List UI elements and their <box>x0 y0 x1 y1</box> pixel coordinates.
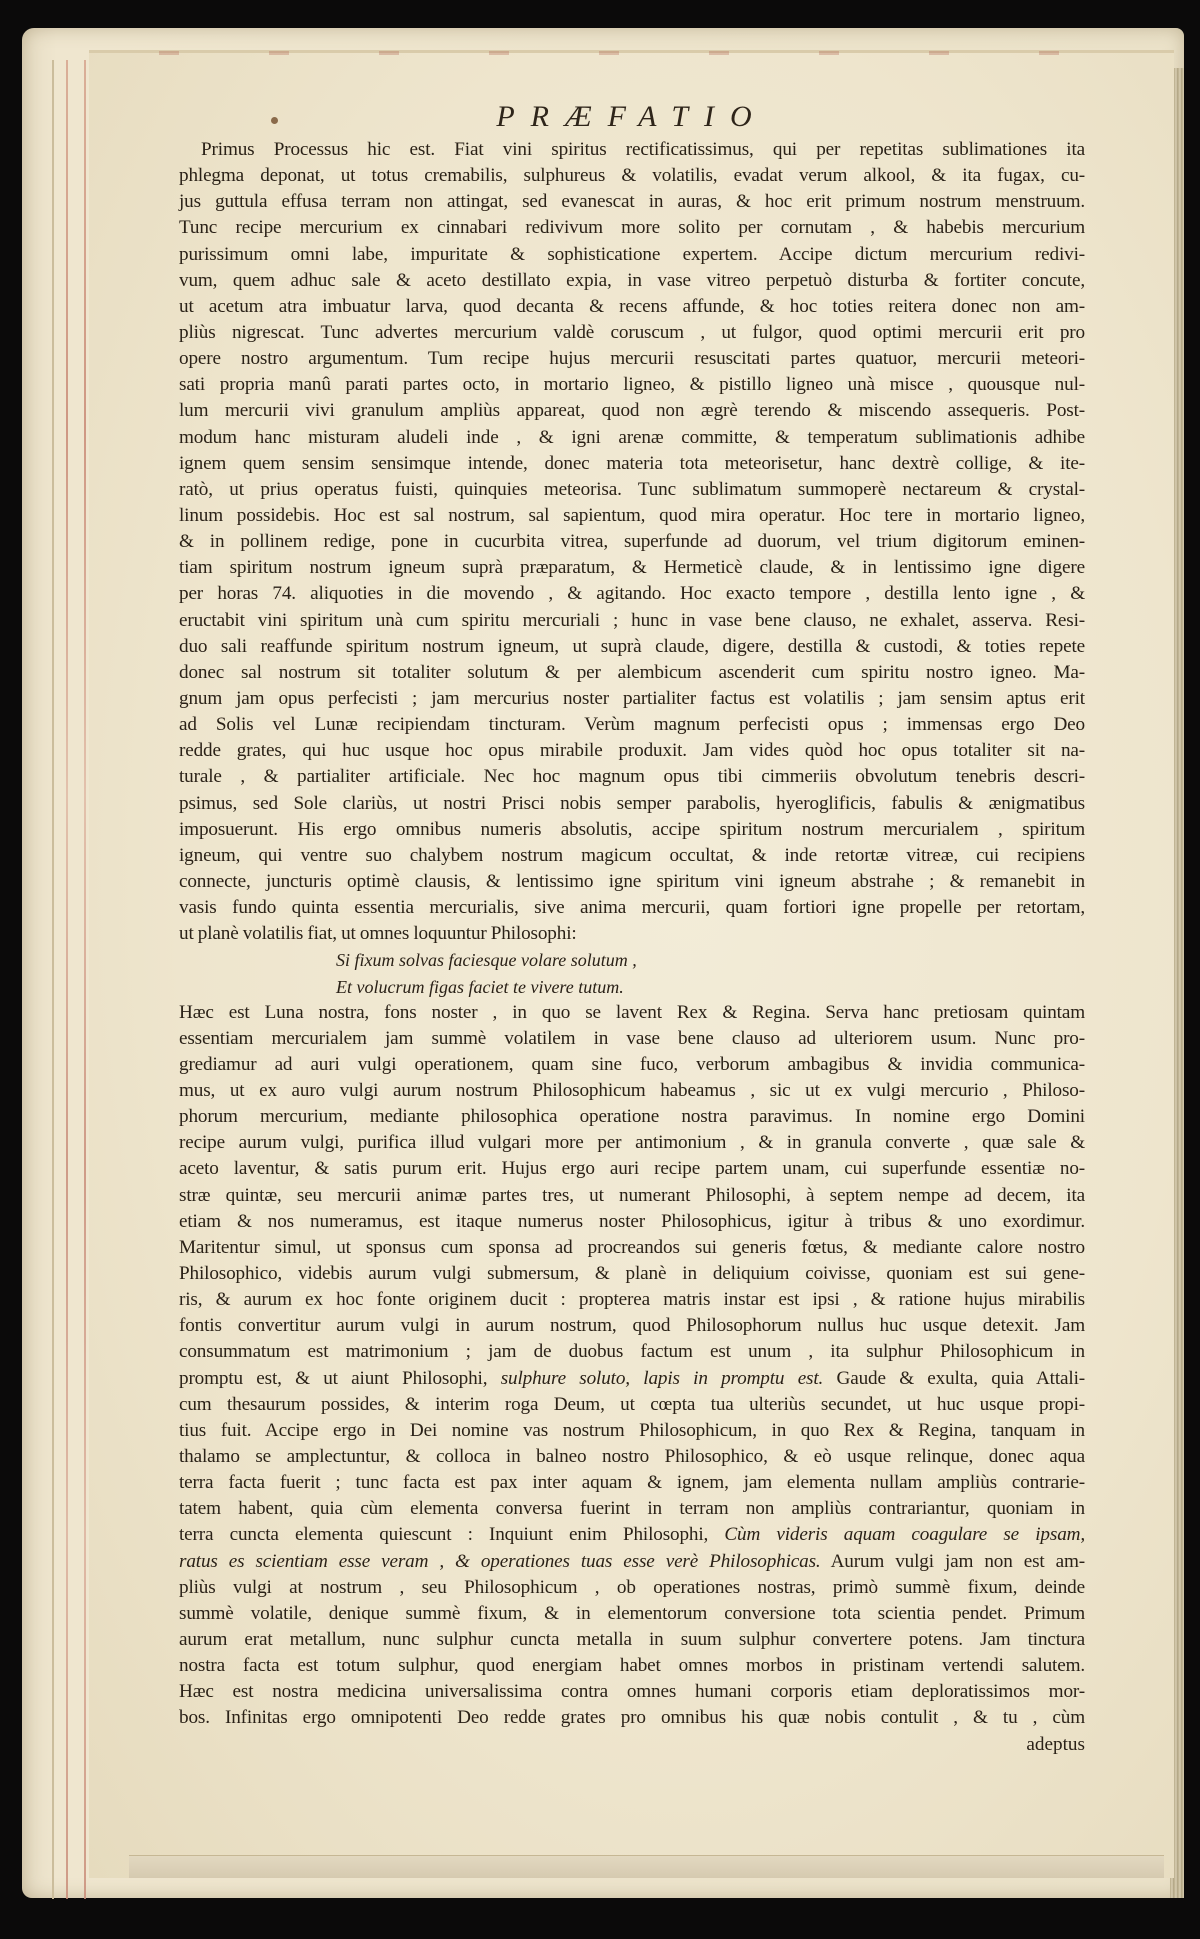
text-line: tius fuit. Accipe ergo in Dei nomine vas… <box>179 1418 1085 1444</box>
page-bottom-edge <box>129 1855 1164 1878</box>
catchword: adeptus <box>179 1732 1085 1758</box>
ink-spot <box>271 117 278 124</box>
text-line: phlegma deponat, ut totus cremabilis, su… <box>179 163 1085 189</box>
text-line: phorum mercurium, mediante philosophica … <box>179 1104 1085 1130</box>
verse-line: Et volucrum figas faciet te vivere tutum… <box>179 974 1085 1000</box>
page-stain <box>119 51 1144 55</box>
verse-quotation: Si fixum solvas faciesque volare solutum… <box>179 947 1085 999</box>
text-line: tiam spiritum nostrum igneum suprà præpa… <box>179 555 1085 581</box>
text-line: aurum erat metallum, nunc sulphur cuncta… <box>179 1627 1085 1653</box>
binding-fold-stained <box>66 60 68 1899</box>
text-line: & in pollinem redige, pone in cucurbita … <box>179 529 1085 555</box>
text-line: eructabit vini spiritum unà cum spiritu … <box>179 608 1085 634</box>
text-line: vum, quem adhuc sale & aceto destillato … <box>179 268 1085 294</box>
text-line: Primus Processus hic est. Fiat vini spir… <box>179 137 1085 163</box>
text-line: ut planè volatilis fiat, ut omnes loquun… <box>179 921 1085 947</box>
text-line: ignem quem sensim sensimque intende, don… <box>179 451 1085 477</box>
text-line: modum hanc misturam aludeli inde , & ign… <box>179 425 1085 451</box>
text-line: gnum jam opus perfecisti ; jam mercurius… <box>179 686 1085 712</box>
text-line: recipe aurum vulgi, purifica illud vulga… <box>179 1130 1085 1156</box>
text-line: Tunc recipe mercurium ex cinnabari rediv… <box>179 215 1085 241</box>
text-line: pliùs nigrescat. Tunc advertes mercurium… <box>179 320 1085 346</box>
text-line: ratus es scientiam esse veram , & operat… <box>179 1549 1085 1575</box>
text-line: ratò, ut prius operatus fuisti, quinquie… <box>179 477 1085 503</box>
text-line: ut acetum atra imbuatur larva, quod deca… <box>179 294 1085 320</box>
text-line: purissimum omni labe, impuritate & sophi… <box>179 242 1085 268</box>
text-line: duo sali reaffunde spiritum nostrum igne… <box>179 634 1085 660</box>
body-text-continued: Hæc est Luna nostra, fons noster , in qu… <box>179 1000 1085 1732</box>
text-line: consummatum est matrimonium ; jam de duo… <box>179 1339 1085 1365</box>
text-line: nostra facta est totum sulphur, quod ene… <box>179 1653 1085 1679</box>
book-page: PRÆFATIO Primus Processus hic est. Fiat … <box>89 50 1174 1878</box>
text-line: essentiam mercurialem jam summè volatile… <box>179 1026 1085 1052</box>
text-line: promptu est, & ut aiunt Philosophi, sulp… <box>179 1366 1085 1392</box>
binding-fold <box>52 60 54 1899</box>
text-line: Maritentur simul, ut sponsus cum sponsa … <box>179 1235 1085 1261</box>
text-line: Hæc est nostra medicina universalissima … <box>179 1679 1085 1705</box>
text-line: psimus, sed Sole clariùs, ut nostri Pris… <box>179 791 1085 817</box>
text-line: lum mercurii vivi granulum ampliùs appar… <box>179 398 1085 424</box>
text-line: etiam & nos numeramus, est itaque numeru… <box>179 1209 1085 1235</box>
text-line: igneum, qui ventre suo chalybem nostrum … <box>179 843 1085 869</box>
text-line: tatem habent, quia cùm elementa conversa… <box>179 1496 1085 1522</box>
text-line: jus guttula effusa terram non attingat, … <box>179 189 1085 215</box>
text-line: bos. Infinitas ergo omnipotenti Deo redd… <box>179 1705 1085 1731</box>
text-line: per horas 74. aliquoties in die movendo … <box>179 581 1085 607</box>
text-line: linum possidebis. Hoc est sal nostrum, s… <box>179 503 1085 529</box>
text-line: connecte, juncturis optimè clausis, & le… <box>179 869 1085 895</box>
running-head: PRÆFATIO <box>179 99 1085 135</box>
text-line: sati propria manû parati partes octo, in… <box>179 372 1085 398</box>
text-line: ris, & aurum ex hoc fonte originem ducit… <box>179 1287 1085 1313</box>
text-line: terra cuncta elementa quiescunt : Inquiu… <box>179 1522 1085 1548</box>
text-line: fontis convertitur aurum vulgi in aurum … <box>179 1313 1085 1339</box>
text-line: cum thesaurum possides, & interim roga D… <box>179 1392 1085 1418</box>
body-text: Primus Processus hic est. Fiat vini spir… <box>179 137 1085 947</box>
text-line: thalamo se amplectuntur, & colloca in ba… <box>179 1444 1085 1470</box>
text-line: turale , & partialiter artificiale. Nec … <box>179 764 1085 790</box>
text-line: pliùs vulgi at nostrum , seu Philosophic… <box>179 1575 1085 1601</box>
text-line: summè volatile, denique summè fixum, & i… <box>179 1601 1085 1627</box>
text-line: grediamur ad auri vulgi operationem, qua… <box>179 1052 1085 1078</box>
verse-line: Si fixum solvas faciesque volare solutum… <box>179 947 1085 973</box>
binding-fold-stained <box>84 60 86 1899</box>
text-line: aceto laventur, & satis purum erit. Huju… <box>179 1156 1085 1182</box>
text-line: mus, ut ex auro vulgi aurum nostrum Phil… <box>179 1078 1085 1104</box>
text-block: PRÆFATIO Primus Processus hic est. Fiat … <box>179 99 1085 1758</box>
text-line: ad Solis vel Lunæ recipiendam tincturam.… <box>179 712 1085 738</box>
text-line: Philosophico, videbis aurum vulgi submer… <box>179 1261 1085 1287</box>
text-line: imposuerunt. His ergo omnibus numeris ab… <box>179 817 1085 843</box>
text-line: stræ quintæ, seu mercurii animæ partes t… <box>179 1183 1085 1209</box>
text-line: vasis fundo quinta essentia mercurialis,… <box>179 895 1085 921</box>
text-line: opere nostro argumentum. Tum recipe huju… <box>179 346 1085 372</box>
text-line: Hæc est Luna nostra, fons noster , in qu… <box>179 1000 1085 1026</box>
text-line: donec sal nostrum sit totaliter solutum … <box>179 660 1085 686</box>
text-line: terra facta fuerit ; tunc facta est pax … <box>179 1470 1085 1496</box>
text-line: redde grates, qui huc usque hoc opus mir… <box>179 738 1085 764</box>
